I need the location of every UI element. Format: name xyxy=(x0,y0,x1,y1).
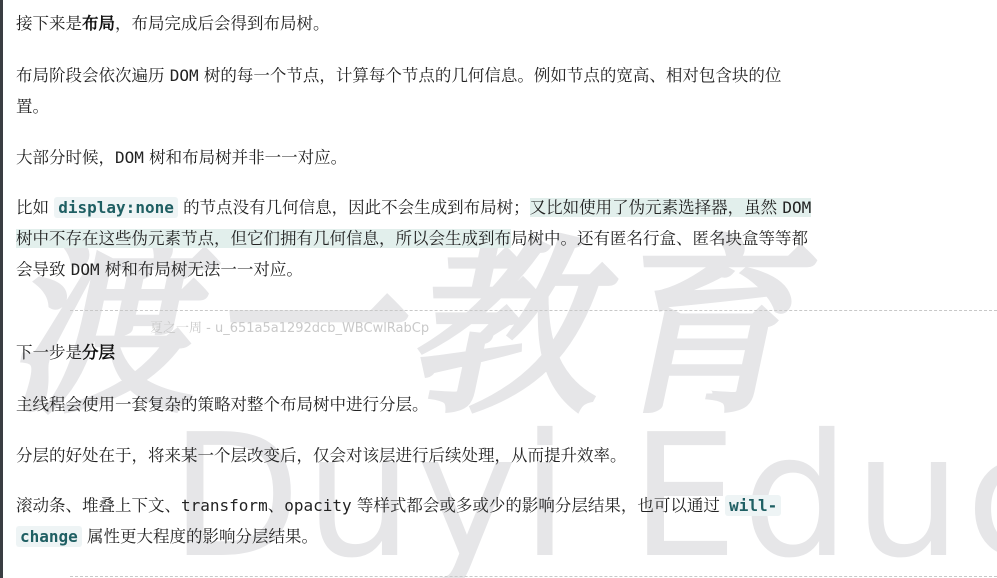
user-watermark: 夏之一周 - u_651a5a1292dcb_WBCwlRabCp xyxy=(150,317,429,336)
term-layering: 分层 xyxy=(82,343,115,362)
inline-code-display-none: display:none xyxy=(54,197,178,218)
paragraph-next-step: 下一步是分层 xyxy=(16,337,986,368)
term-dom: DOM xyxy=(71,260,100,279)
paragraph-layout-intro: 接下来是布局，布局完成后会得到布局树。 xyxy=(16,8,986,39)
highlighted-text: 树中不存在这些伪元素节点，但它们拥有几何信息，所以会生成到布 xyxy=(16,229,511,248)
section-divider-bottom xyxy=(70,576,997,577)
term-dom: DOM xyxy=(115,148,144,167)
term-transform: transform xyxy=(181,496,268,515)
inline-code-will-change: will- xyxy=(725,495,781,516)
term-layout: 布局 xyxy=(82,14,115,33)
paragraph-benefits: 分层的好处在于，将来某一个层改变后，仅会对该层进行后续处理，从而提升效率。 xyxy=(16,440,986,471)
paragraph-examples: 比如 display:none 的节点没有几何信息，因此不会生成到布局树；又比如… xyxy=(16,192,986,285)
section-divider xyxy=(70,310,997,311)
inline-code-will-change-cont: change xyxy=(16,526,82,547)
paragraph-not-one-to-one: 大部分时候，DOM 树和布局树并非一一对应。 xyxy=(16,142,986,173)
left-edge-border xyxy=(0,0,3,578)
paragraph-factors: 滚动条、堆叠上下文、transform、opacity 等样式都会或多或少的影响… xyxy=(16,490,986,552)
paragraph-main-thread: 主线程会使用一套复杂的策略对整个布局树中进行分层。 xyxy=(16,389,986,420)
term-opacity: opacity xyxy=(284,496,351,515)
term-dom: DOM xyxy=(170,66,199,85)
highlighted-text: 又比如使用了伪元素选择器，虽然 DOM xyxy=(530,198,812,217)
paragraph-layout-stage: 布局阶段会依次遍历 DOM 树的每一个节点，计算每个节点的几何信息。例如节点的宽… xyxy=(16,60,986,122)
